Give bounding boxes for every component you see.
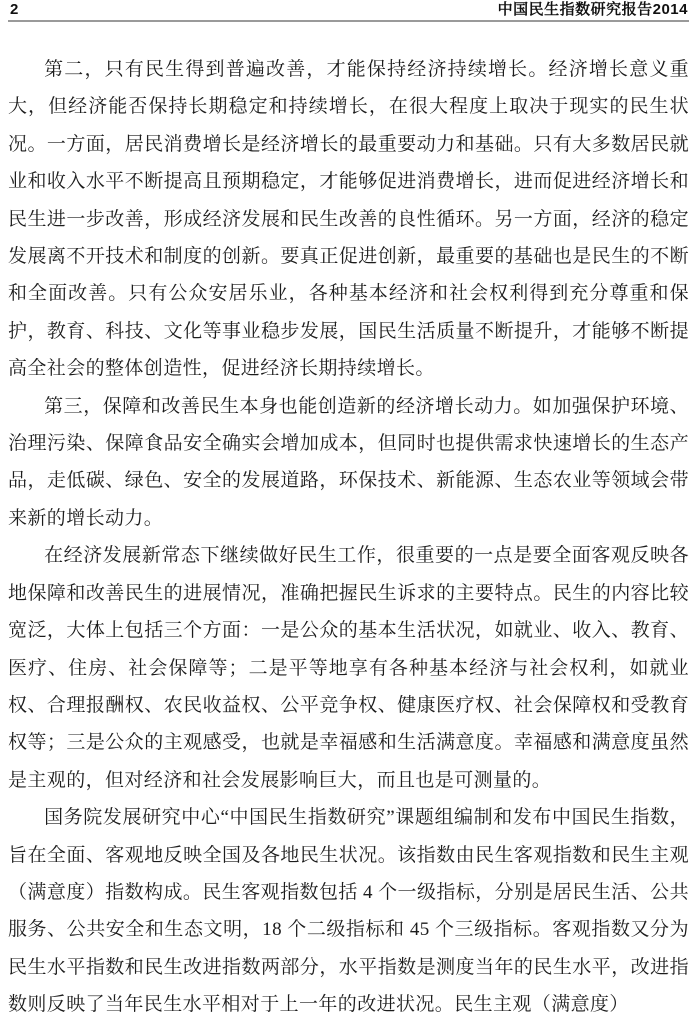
paragraph-livelihood-scope: 在经济发展新常态下继续做好民生工作，很重要的一点是要全面客观反映各地保障和改善民… xyxy=(8,537,689,799)
paragraph-index-description: 国务院发展研究中心“中国民生指数研究”课题组编制和发布中国民生指数，旨在全面、客… xyxy=(8,799,689,1023)
paragraph-economic-growth: 第二，只有民生得到普遍改善，才能保持经济持续增长。经济增长意义重大，但经济能否保… xyxy=(8,51,689,388)
page-header: 2 中国民生指数研究报告2014 xyxy=(8,2,689,22)
document-page: 2 中国民生指数研究报告2014 第二，只有民生得到普遍改善，才能保持经济持续增… xyxy=(0,0,697,1024)
running-head-title: 中国民生指数研究报告2014 xyxy=(498,2,689,18)
document-body: 第二，只有民生得到普遍改善，才能保持经济持续增长。经济增长意义重大，但经济能否保… xyxy=(8,51,689,1024)
paragraph-growth-drivers: 第三，保障和改善民生本身也能创造新的经济增长动力。如加强保护环境、治理污染、保障… xyxy=(8,388,689,538)
page-number: 2 xyxy=(8,2,18,18)
